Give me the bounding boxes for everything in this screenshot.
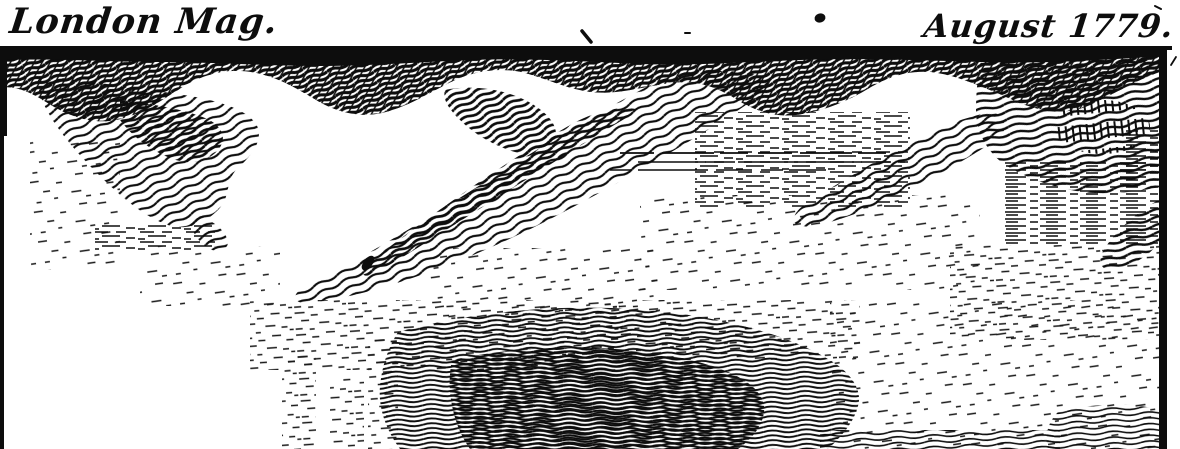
engraving-plate <box>0 0 1180 449</box>
plate-border-top <box>0 46 1172 50</box>
sky-engraving <box>0 6 1176 449</box>
caption-august-1779: August 1779. <box>922 7 1177 45</box>
plate-border-right <box>1159 46 1167 449</box>
ink-dot <box>814 12 827 24</box>
magazine-plate-page: London Mag. August 1779. <box>0 0 1180 449</box>
plate-border-left-thick <box>0 56 7 136</box>
caption-london-mag: London Mag. <box>7 1 280 42</box>
ink-nick <box>582 31 591 42</box>
